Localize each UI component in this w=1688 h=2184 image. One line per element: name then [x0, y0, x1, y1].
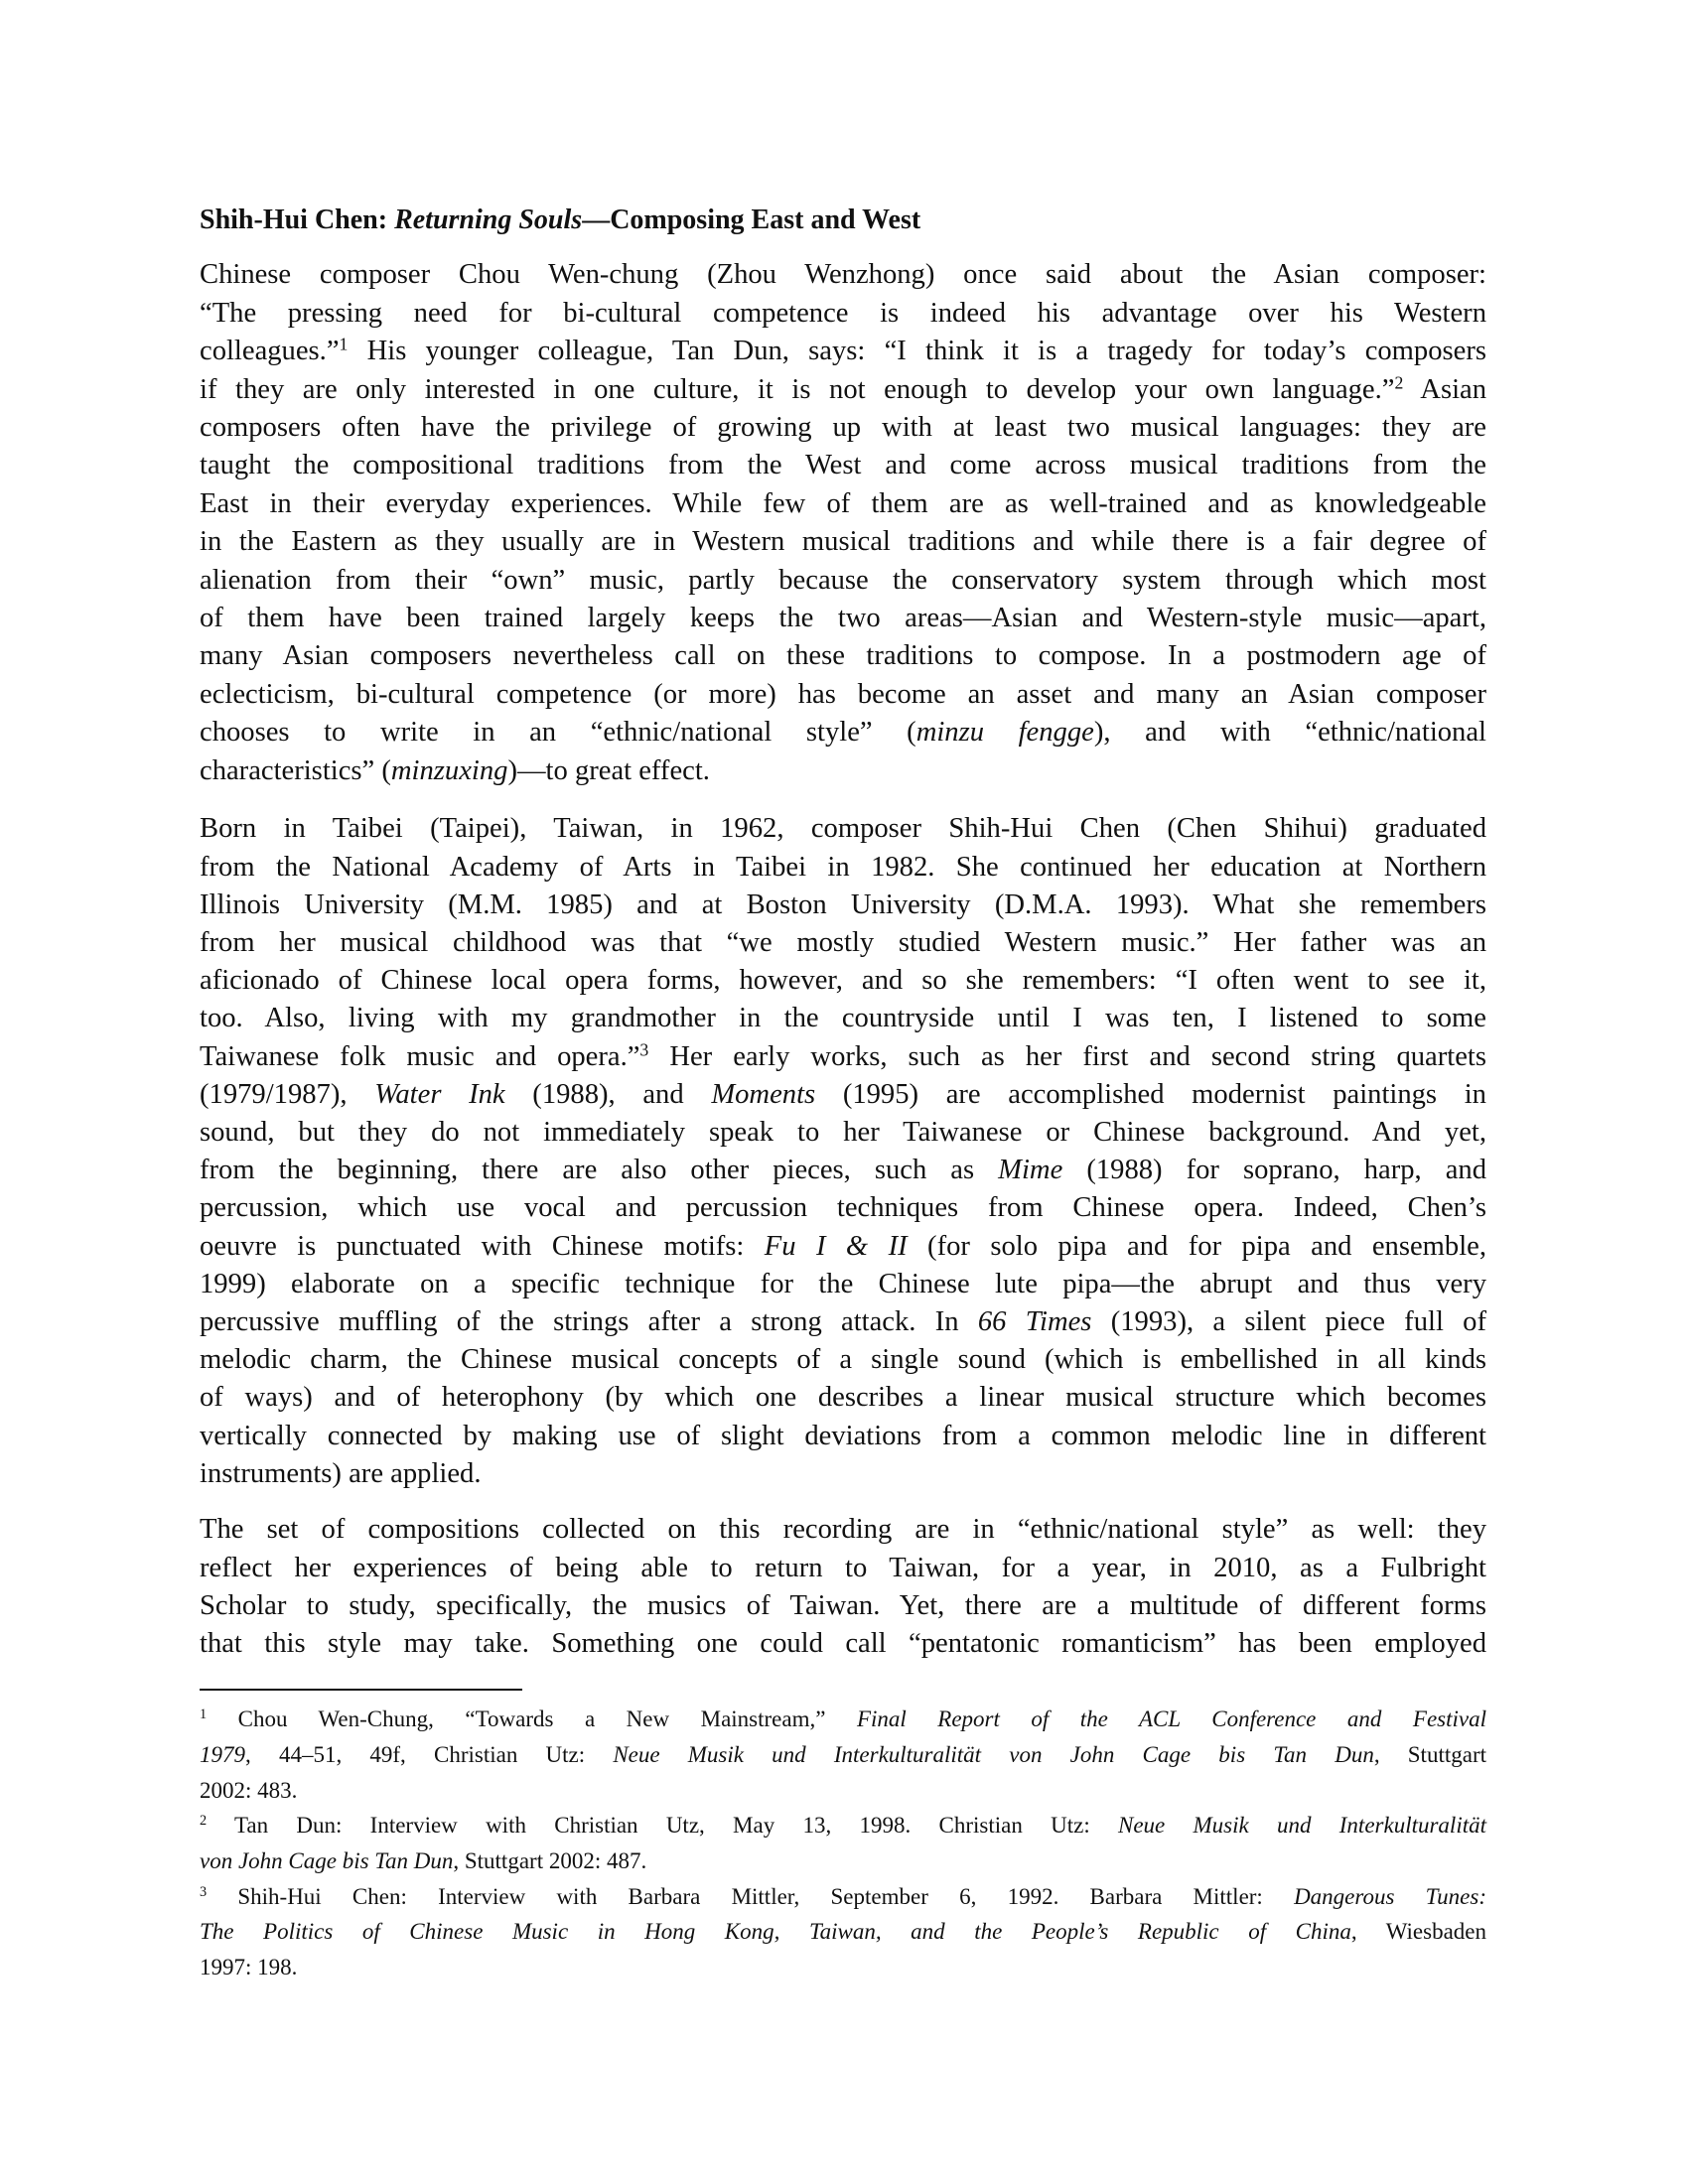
text-run: sound, but they do not immediately speak…	[200, 1117, 1486, 1148]
italic-text: minzuxing	[391, 755, 508, 786]
italic-text: Moments	[711, 1079, 815, 1110]
text-run: of them have been trained largely keeps …	[200, 603, 1486, 633]
text-run: chooses to write in an “ethnic/national …	[200, 717, 916, 748]
italic-text: Mime	[998, 1155, 1062, 1185]
text-run: characteristics” (	[200, 755, 391, 786]
text-line: percussion, which use vocal and percussi…	[200, 1194, 1486, 1228]
footnote-line: von John Cage bis Tan Dun, Stuttgart 200…	[200, 1849, 1486, 1877]
footnote-marker: 2	[1394, 372, 1403, 392]
text-run: in the Eastern as they usually are in We…	[200, 526, 1486, 557]
text-run: melodic charm, the Chinese musical conce…	[200, 1344, 1486, 1375]
text-run: (for solo pipa and for pipa and ensemble…	[908, 1231, 1486, 1262]
text-run: The set of compositions collected on thi…	[200, 1514, 1486, 1545]
text-line: composers often have the privilege of gr…	[200, 414, 1486, 448]
text-run: that this style may take. Something one …	[200, 1628, 1486, 1659]
footnote-line: 3 Shih-Hui Chen: Interview with Barbara …	[200, 1885, 1486, 1913]
text-run: colleagues.”	[200, 336, 340, 366]
text-line: Born in Taibei (Taipei), Taiwan, in 1962…	[200, 815, 1486, 849]
text-line: Scholar to study, specifically, the musi…	[200, 1592, 1486, 1626]
italic-text: Neue Musik und Interkulturalität	[1118, 1813, 1486, 1838]
text-line: Chinese composer Chou Wen-chung (Zhou We…	[200, 261, 1486, 295]
text-line: percussive muffling of the strings after…	[200, 1308, 1486, 1342]
footnote-separator-rule	[200, 1689, 522, 1691]
text-run: of ways) and of heterophony (by which on…	[200, 1382, 1486, 1413]
text-line: many Asian composers nevertheless call o…	[200, 642, 1486, 676]
text-run: )—to great effect.	[507, 755, 710, 786]
footnote-line: 1997: 198.	[200, 1956, 1486, 1983]
text-line: chooses to write in an “ethnic/national …	[200, 719, 1486, 752]
text-line: Taiwanese folk music and opera.”3 Her ea…	[200, 1043, 1486, 1077]
text-line: from her musical childhood was that “we …	[200, 929, 1486, 963]
footnote-line: 1 Chou Wen-Chung, “Towards a New Mainstr…	[200, 1707, 1486, 1735]
article-title: Shih-Hui Chen: Returning Souls—Composing…	[200, 206, 920, 234]
italic-text: Fu I & II	[765, 1231, 908, 1262]
text-line: sound, but they do not immediately speak…	[200, 1119, 1486, 1153]
italic-text: The Politics of Chinese Music in Hong Ko…	[200, 1919, 1351, 1944]
text-run: Asian	[1403, 374, 1486, 405]
text-run: too. Also, living with my grandmother in…	[200, 1003, 1486, 1033]
text-run: taught the compositional traditions from…	[200, 450, 1486, 480]
text-run: vertically connected by making use of sl…	[200, 1421, 1486, 1451]
text-run: Tan Dun: Interview with Christian Utz, M…	[207, 1813, 1118, 1838]
text-line: “The pressing need for bi-cultural compe…	[200, 300, 1486, 334]
text-run: (1979/1987),	[200, 1079, 374, 1110]
text-run: East in their everyday experiences. Whil…	[200, 488, 1486, 519]
text-line: from the National Academy of Arts in Tai…	[200, 854, 1486, 887]
text-line: Illinois University (M.M. 1985) and at B…	[200, 891, 1486, 925]
italic-text: minzu fengge	[916, 717, 1094, 748]
text-run: , Wiesbaden	[1351, 1919, 1486, 1944]
text-run: Illinois University (M.M. 1985) and at B…	[200, 889, 1486, 920]
text-line: of them have been trained largely keeps …	[200, 605, 1486, 638]
italic-text: Neue Musik und Interkulturalität von Joh…	[613, 1742, 1374, 1767]
text-line: too. Also, living with my grandmother in…	[200, 1005, 1486, 1038]
text-run: instruments) are applied.	[200, 1458, 481, 1489]
text-line: vertically connected by making use of sl…	[200, 1423, 1486, 1456]
italic-text: Water Ink	[374, 1079, 504, 1110]
text-run: from the National Academy of Arts in Tai…	[200, 852, 1486, 883]
text-run: Shih-Hui Chen:	[200, 205, 394, 235]
text-run: percussion, which use vocal and percussi…	[200, 1192, 1486, 1223]
footnote-line: 2 Tan Dun: Interview with Christian Utz,…	[200, 1814, 1486, 1842]
text-line: 1999) elaborate on a specific technique …	[200, 1271, 1486, 1304]
text-line: melodic charm, the Chinese musical conce…	[200, 1346, 1486, 1380]
text-line: in the Eastern as they usually are in We…	[200, 528, 1486, 562]
text-run: Chou Wen-Chung, “Towards a New Mainstrea…	[207, 1706, 857, 1731]
text-line: aficionado of Chinese local opera forms,…	[200, 967, 1486, 1001]
footnote-line: 2002: 483.	[200, 1779, 1486, 1807]
text-run: 2002: 483.	[200, 1778, 297, 1803]
text-run: ), and with “ethnic/national	[1094, 717, 1486, 748]
text-line: reflect her experiences of being able to…	[200, 1555, 1486, 1588]
text-run: reflect her experiences of being able to…	[200, 1553, 1486, 1583]
text-run: from her musical childhood was that “we …	[200, 927, 1486, 958]
footnote-line: The Politics of Chinese Music in Hong Ko…	[200, 1920, 1486, 1948]
text-run: many Asian composers nevertheless call o…	[200, 640, 1486, 671]
text-run: Taiwanese folk music and opera.”	[200, 1041, 639, 1072]
text-run: Shih-Hui Chen: Interview with Barbara Mi…	[207, 1884, 1294, 1909]
text-run: , 44–51, 49f, Christian Utz:	[245, 1742, 613, 1767]
text-run: if they are only interested in one cultu…	[200, 374, 1394, 405]
text-run: from the beginning, there are also other…	[200, 1155, 998, 1185]
text-line: alienation from their “own” music, partl…	[200, 567, 1486, 601]
text-run: “The pressing need for bi-cultural compe…	[200, 298, 1486, 329]
text-run: , Stuttgart	[1374, 1742, 1486, 1767]
text-run: —Composing East and West	[582, 205, 920, 235]
text-run: (1993), a silent piece full of	[1091, 1306, 1486, 1337]
document-page: Shih-Hui Chen: Returning Souls—Composing…	[0, 0, 1688, 2184]
text-run: percussive muffling of the strings after…	[200, 1306, 978, 1337]
text-run: Scholar to study, specifically, the musi…	[200, 1590, 1486, 1621]
italic-text: Dangerous Tunes:	[1294, 1884, 1486, 1909]
text-run: His younger colleague, Tan Dun, says: “I…	[348, 336, 1486, 366]
text-run: composers often have the privilege of gr…	[200, 412, 1486, 443]
text-run: , Stuttgart 2002: 487.	[453, 1848, 646, 1873]
text-run: aficionado of Chinese local opera forms,…	[200, 965, 1486, 996]
text-run: (1995) are accomplished modernist painti…	[815, 1079, 1486, 1110]
text-run: Her early works, such as her first and s…	[648, 1041, 1486, 1072]
text-line: from the beginning, there are also other…	[200, 1157, 1486, 1190]
text-line: instruments) are applied.	[200, 1460, 1486, 1494]
footnote-marker: 3	[639, 1039, 648, 1059]
text-run: alienation from their “own” music, partl…	[200, 565, 1486, 596]
text-run: Chinese composer Chou Wen-chung (Zhou We…	[200, 259, 1486, 290]
text-run: (1988), and	[505, 1079, 712, 1110]
text-line: (1979/1987), Water Ink (1988), and Momen…	[200, 1081, 1486, 1115]
italic-text: Final Report of the ACL Conference and F…	[857, 1706, 1486, 1731]
text-run: eclecticism, bi-cultural competence (or …	[200, 679, 1486, 710]
text-line: The set of compositions collected on thi…	[200, 1516, 1486, 1550]
text-line: of ways) and of heterophony (by which on…	[200, 1384, 1486, 1418]
italic-text: von John Cage bis Tan Dun	[200, 1848, 453, 1873]
text-line: eclecticism, bi-cultural competence (or …	[200, 681, 1486, 715]
text-run: 1997: 198.	[200, 1955, 297, 1979]
text-line: taught the compositional traditions from…	[200, 452, 1486, 485]
italic-text: Returning Souls	[394, 205, 582, 235]
text-line: East in their everyday experiences. Whil…	[200, 490, 1486, 524]
text-line: if they are only interested in one cultu…	[200, 376, 1486, 410]
text-run: oeuvre is punctuated with Chinese motifs…	[200, 1231, 765, 1262]
text-line: characteristics” (minzuxing)—to great ef…	[200, 757, 1486, 791]
italic-text: 66 Times	[978, 1306, 1092, 1337]
text-line: colleagues.”1 His younger colleague, Tan…	[200, 338, 1486, 371]
text-run: (1988) for soprano, harp, and	[1062, 1155, 1486, 1185]
text-line: oeuvre is punctuated with Chinese motifs…	[200, 1233, 1486, 1267]
text-run: 1999) elaborate on a specific technique …	[200, 1269, 1486, 1299]
footnote-line: 1979, 44–51, 49f, Christian Utz: Neue Mu…	[200, 1743, 1486, 1771]
text-line: that this style may take. Something one …	[200, 1630, 1486, 1664]
italic-text: 1979	[200, 1742, 245, 1767]
text-run: Born in Taibei (Taipei), Taiwan, in 1962…	[200, 813, 1486, 844]
